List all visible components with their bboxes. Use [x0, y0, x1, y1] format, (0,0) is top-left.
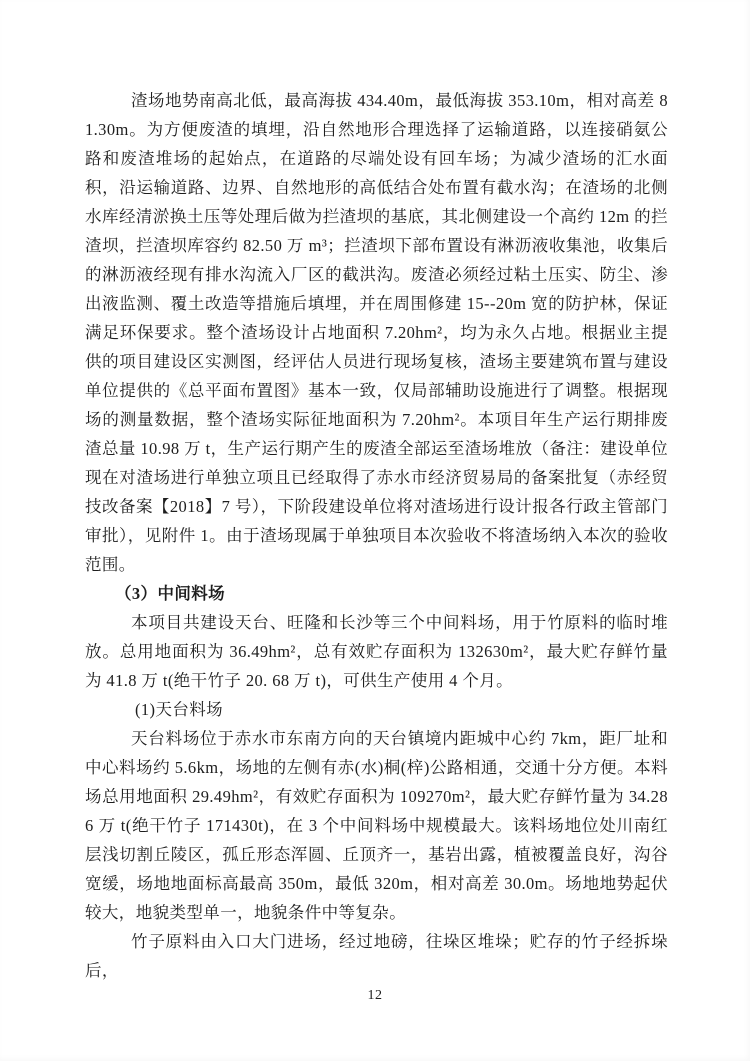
paragraph-intermediate-yards-overview: 本项目共建设天台、旺隆和长沙等三个中间料场，用于竹原料的临时堆放。总用地面积为 …: [85, 608, 668, 695]
paragraph-bamboo-material-flow: 竹子原料由入口大门进场，经过地磅，往垛区堆垛；贮存的竹子经拆垛后，: [85, 927, 668, 985]
page-number: 12: [0, 988, 750, 1004]
section-heading-intermediate-yards: （3）中间料场: [85, 579, 668, 608]
subsection-heading-tiantai-yard: (1)天台料场: [85, 695, 668, 724]
document-page: 渣场地势南高北低，最高海拔 434.40m，最低海拔 353.10m，相对高差 …: [0, 0, 750, 1061]
paragraph-tiantai-yard-description: 天台料场位于赤水市东南方向的天台镇境内距城中心约 7km，距厂址和中心料场约 5…: [85, 724, 668, 927]
paragraph-slag-yard-description: 渣场地势南高北低，最高海拔 434.40m，最低海拔 353.10m，相对高差 …: [85, 86, 668, 579]
page-content: 渣场地势南高北低，最高海拔 434.40m，最低海拔 353.10m，相对高差 …: [85, 86, 668, 985]
